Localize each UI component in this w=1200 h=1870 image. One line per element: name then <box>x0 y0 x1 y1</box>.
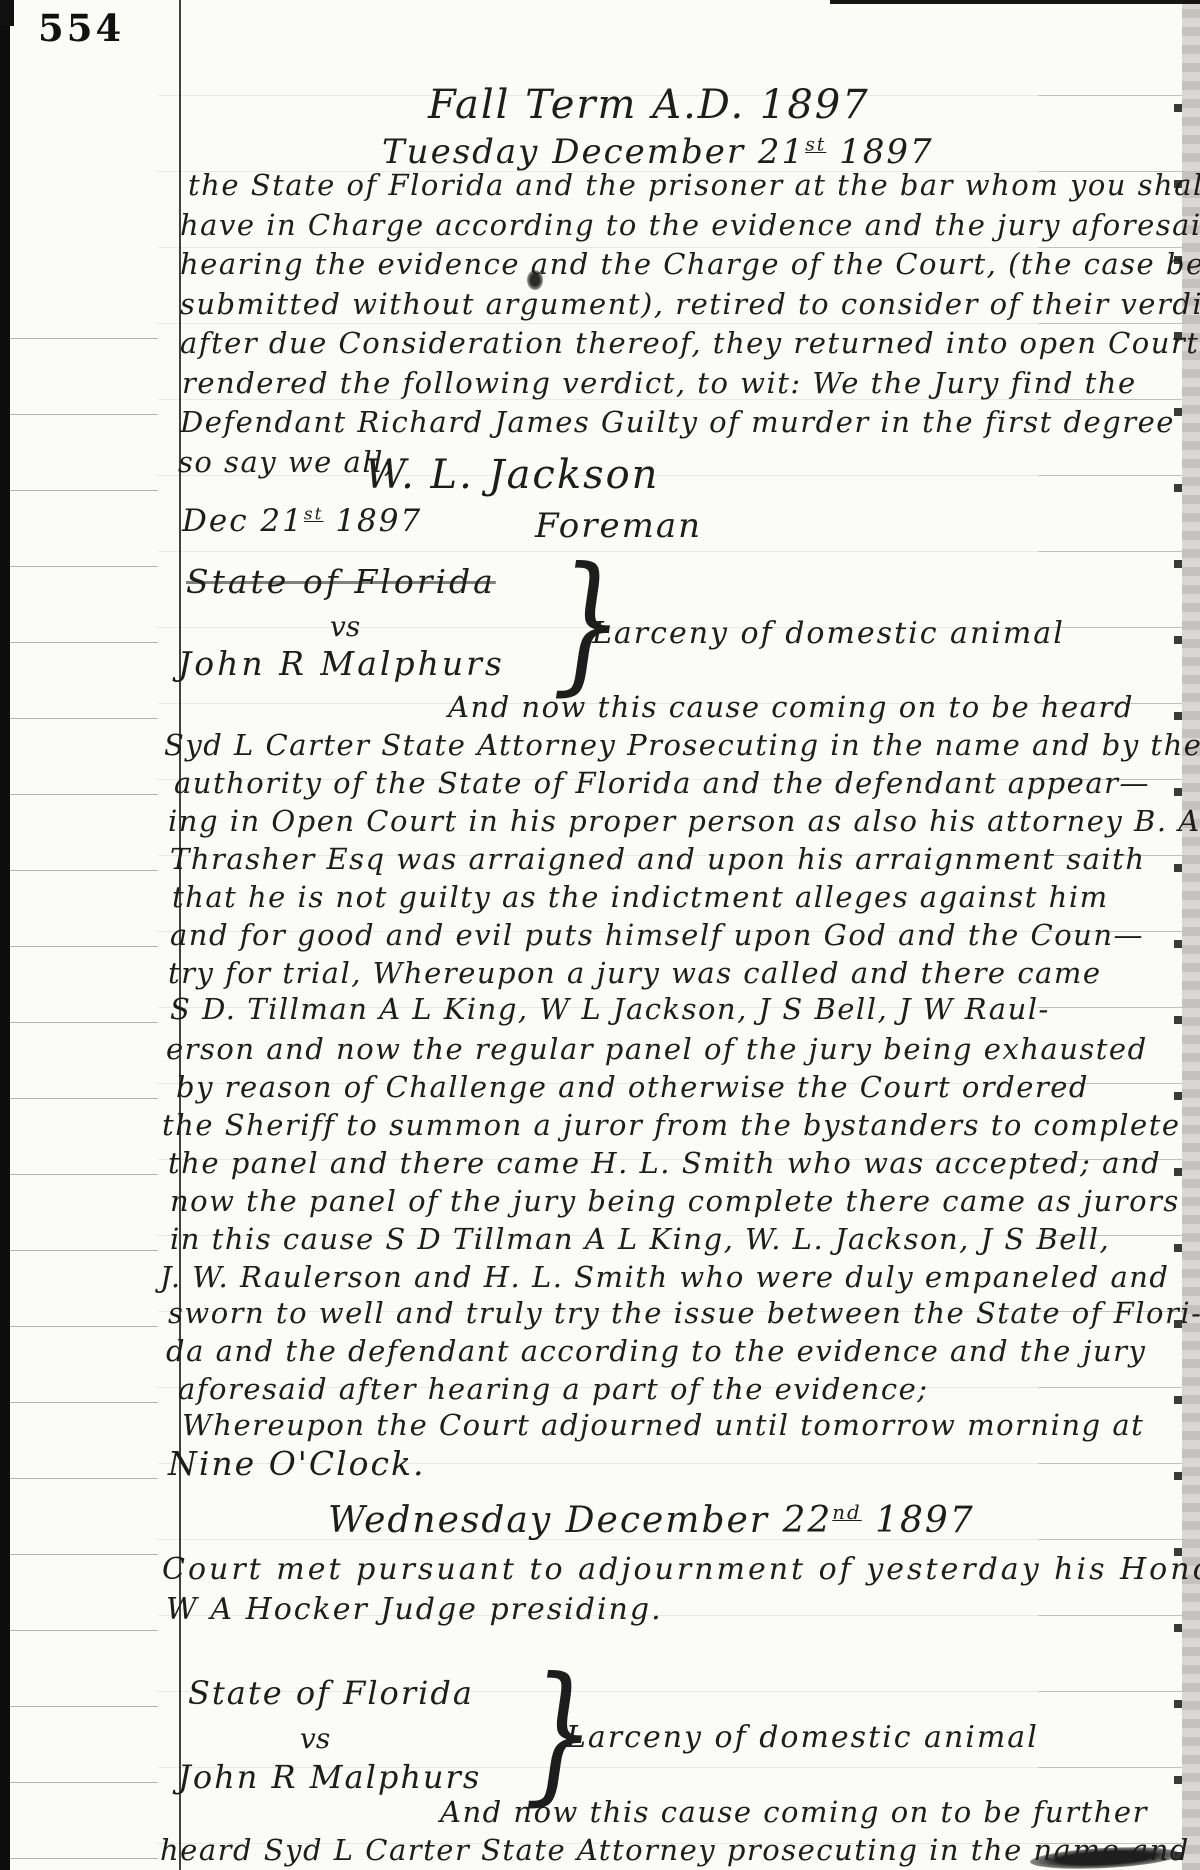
top-edge-line <box>830 0 1200 4</box>
date-ordinal-suffix: st <box>805 135 826 156</box>
verdict-date-year: 1897 <box>335 503 422 539</box>
term-heading: Fall Term A.D. 1897 <box>428 82 870 128</box>
ruled-lines-left-margin <box>0 338 158 1870</box>
handwritten-line: by reason of Challenge and otherwise the… <box>176 1070 1089 1104</box>
handwritten-line: authority of the State of Florida and th… <box>174 766 1150 800</box>
handwritten-line: aforesaid after hearing a part of the ev… <box>178 1372 929 1406</box>
session-date-year: 1897 <box>839 132 934 172</box>
handwritten-line: Defendant Richard James Guilty of murder… <box>180 405 1175 439</box>
date-ordinal-suffix-2: nd <box>832 1501 861 1524</box>
handwritten-line: And now this cause coming on to be furth… <box>440 1795 1148 1829</box>
handwritten-line: submitted without argument), retired to … <box>180 287 1200 321</box>
handwritten-line: W A Hocker Judge presiding. <box>166 1592 663 1627</box>
handwritten-line: hearing the evidence and the Charge of t… <box>180 247 1200 281</box>
case-party-defendant: John R Malphurs <box>178 644 505 683</box>
handwritten-line: now the panel of the jury being complete… <box>170 1184 1180 1218</box>
handwritten-line: the State of Florida and the prisoner at… <box>188 168 1200 202</box>
case-party-defendant: John R Malphurs <box>178 1758 481 1796</box>
session-date-heading: Tuesday December 21st 1897 <box>382 132 934 172</box>
handwritten-line: try for trial, Whereupon a jury was call… <box>168 956 1102 990</box>
handwritten-line: that he is not guilty as the indictment … <box>172 880 1109 914</box>
handwritten-line: Syd L Carter State Attorney Prosecuting … <box>164 728 1200 762</box>
handwritten-line: Court met pursuant to adjournment of yes… <box>162 1552 1200 1587</box>
session-date-year-2: 1897 <box>875 1500 975 1541</box>
handwritten-line: after due Consideration thereof, they re… <box>180 326 1200 360</box>
handwritten-line: Thrasher Esq was arraigned and upon his … <box>170 842 1146 876</box>
left-border-line <box>0 0 10 1870</box>
session-date-text: Tuesday December 21 <box>382 132 805 172</box>
foreman-signature: W. L. Jackson <box>365 452 659 498</box>
top-left-corner-mark <box>0 0 14 26</box>
handwritten-line: sworn to well and truly try the issue be… <box>168 1296 1200 1330</box>
case-party-plaintiff: State of Florida <box>186 562 496 601</box>
handwritten-line: rendered the following verdict, to wit: … <box>182 366 1137 400</box>
verdict-date-text: Dec 21 <box>182 503 304 539</box>
handwritten-line: ing in Open Court in his proper person a… <box>168 804 1200 838</box>
case-charge: Larceny of domestic animal <box>566 1720 1039 1755</box>
handwritten-line: and for good and evil puts himself upon … <box>170 918 1144 952</box>
page-number: 554 <box>38 6 124 50</box>
handwritten-line: so say we all, <box>178 445 395 479</box>
handwritten-line: Whereupon the Court adjourned until tomo… <box>182 1408 1144 1442</box>
handwritten-line: J. W. Raulerson and H. L. Smith who were… <box>160 1260 1169 1294</box>
handwritten-line: S D. Tillman A L King, W L Jackson, J S … <box>170 992 1050 1026</box>
verdict-date: Dec 21st 1897 <box>182 503 422 539</box>
handwritten-line: da and the defendant according to the ev… <box>166 1334 1146 1368</box>
handwritten-line: Nine O'Clock. <box>168 1444 425 1483</box>
handwritten-line: have in Charge according to the evidence… <box>180 208 1200 242</box>
case-vs: vs <box>330 610 360 643</box>
handwritten-line: the Sheriff to summon a juror from the b… <box>162 1108 1181 1142</box>
handwritten-line: erson and now the regular panel of the j… <box>166 1032 1148 1066</box>
handwritten-line: in this cause S D Tillman A L King, W. L… <box>170 1222 1110 1256</box>
handwritten-line: heard Syd L Carter State Attorney prosec… <box>160 1833 1190 1867</box>
case-charge: Larceny of domestic animal <box>592 616 1065 651</box>
case-vs: vs <box>300 1722 330 1755</box>
session-date-heading-2: Wednesday December 22nd 1897 <box>328 1500 975 1541</box>
case-party-plaintiff: State of Florida <box>188 1674 474 1712</box>
verdict-date-ordinal: st <box>304 505 324 525</box>
handwritten-line: And now this cause coming on to be heard <box>448 690 1134 724</box>
session-date-text-2: Wednesday December 22 <box>328 1500 832 1541</box>
handwritten-line: the panel and there came H. L. Smith who… <box>168 1146 1161 1180</box>
